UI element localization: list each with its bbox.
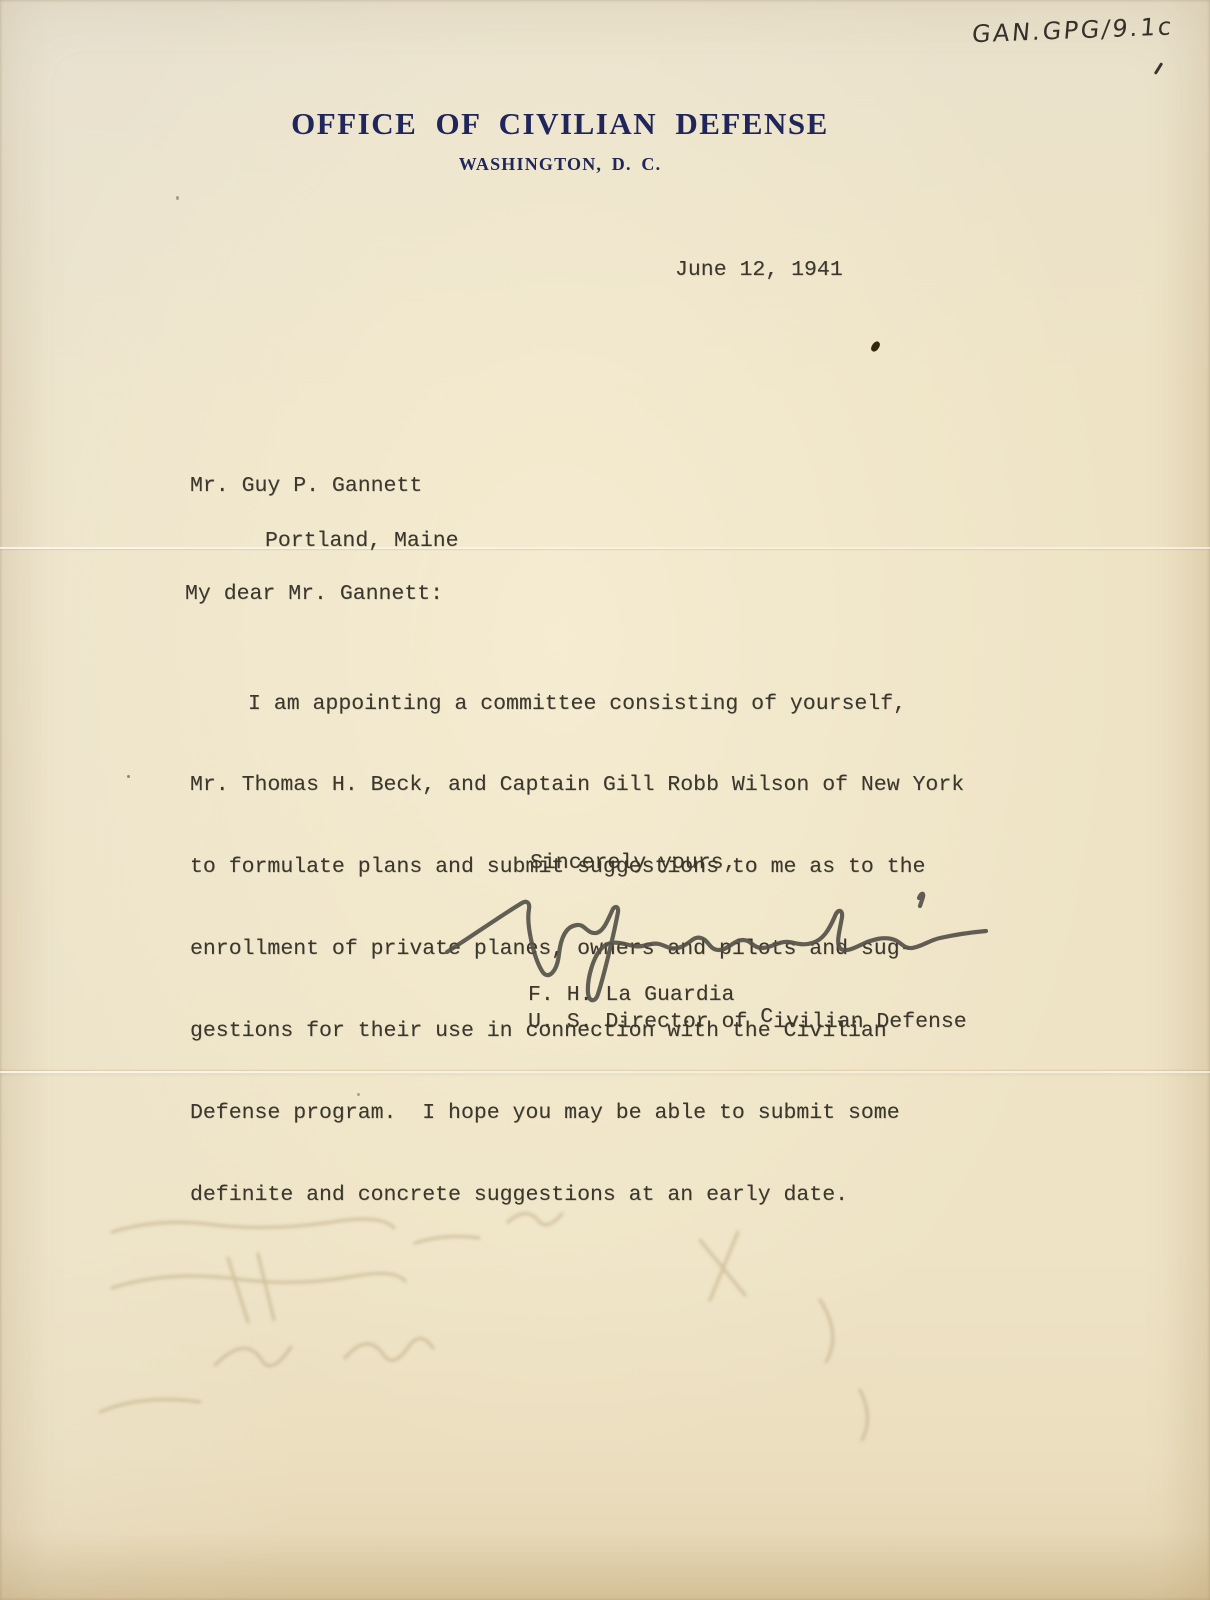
letter-document-page: GAN.GPG/9.1c OFFICE OF CIVILIAN DEFENSE …	[0, 0, 1210, 1600]
ghost-writing-impressions	[0, 0, 1210, 1600]
bottom-edge-shading	[0, 1530, 1210, 1600]
